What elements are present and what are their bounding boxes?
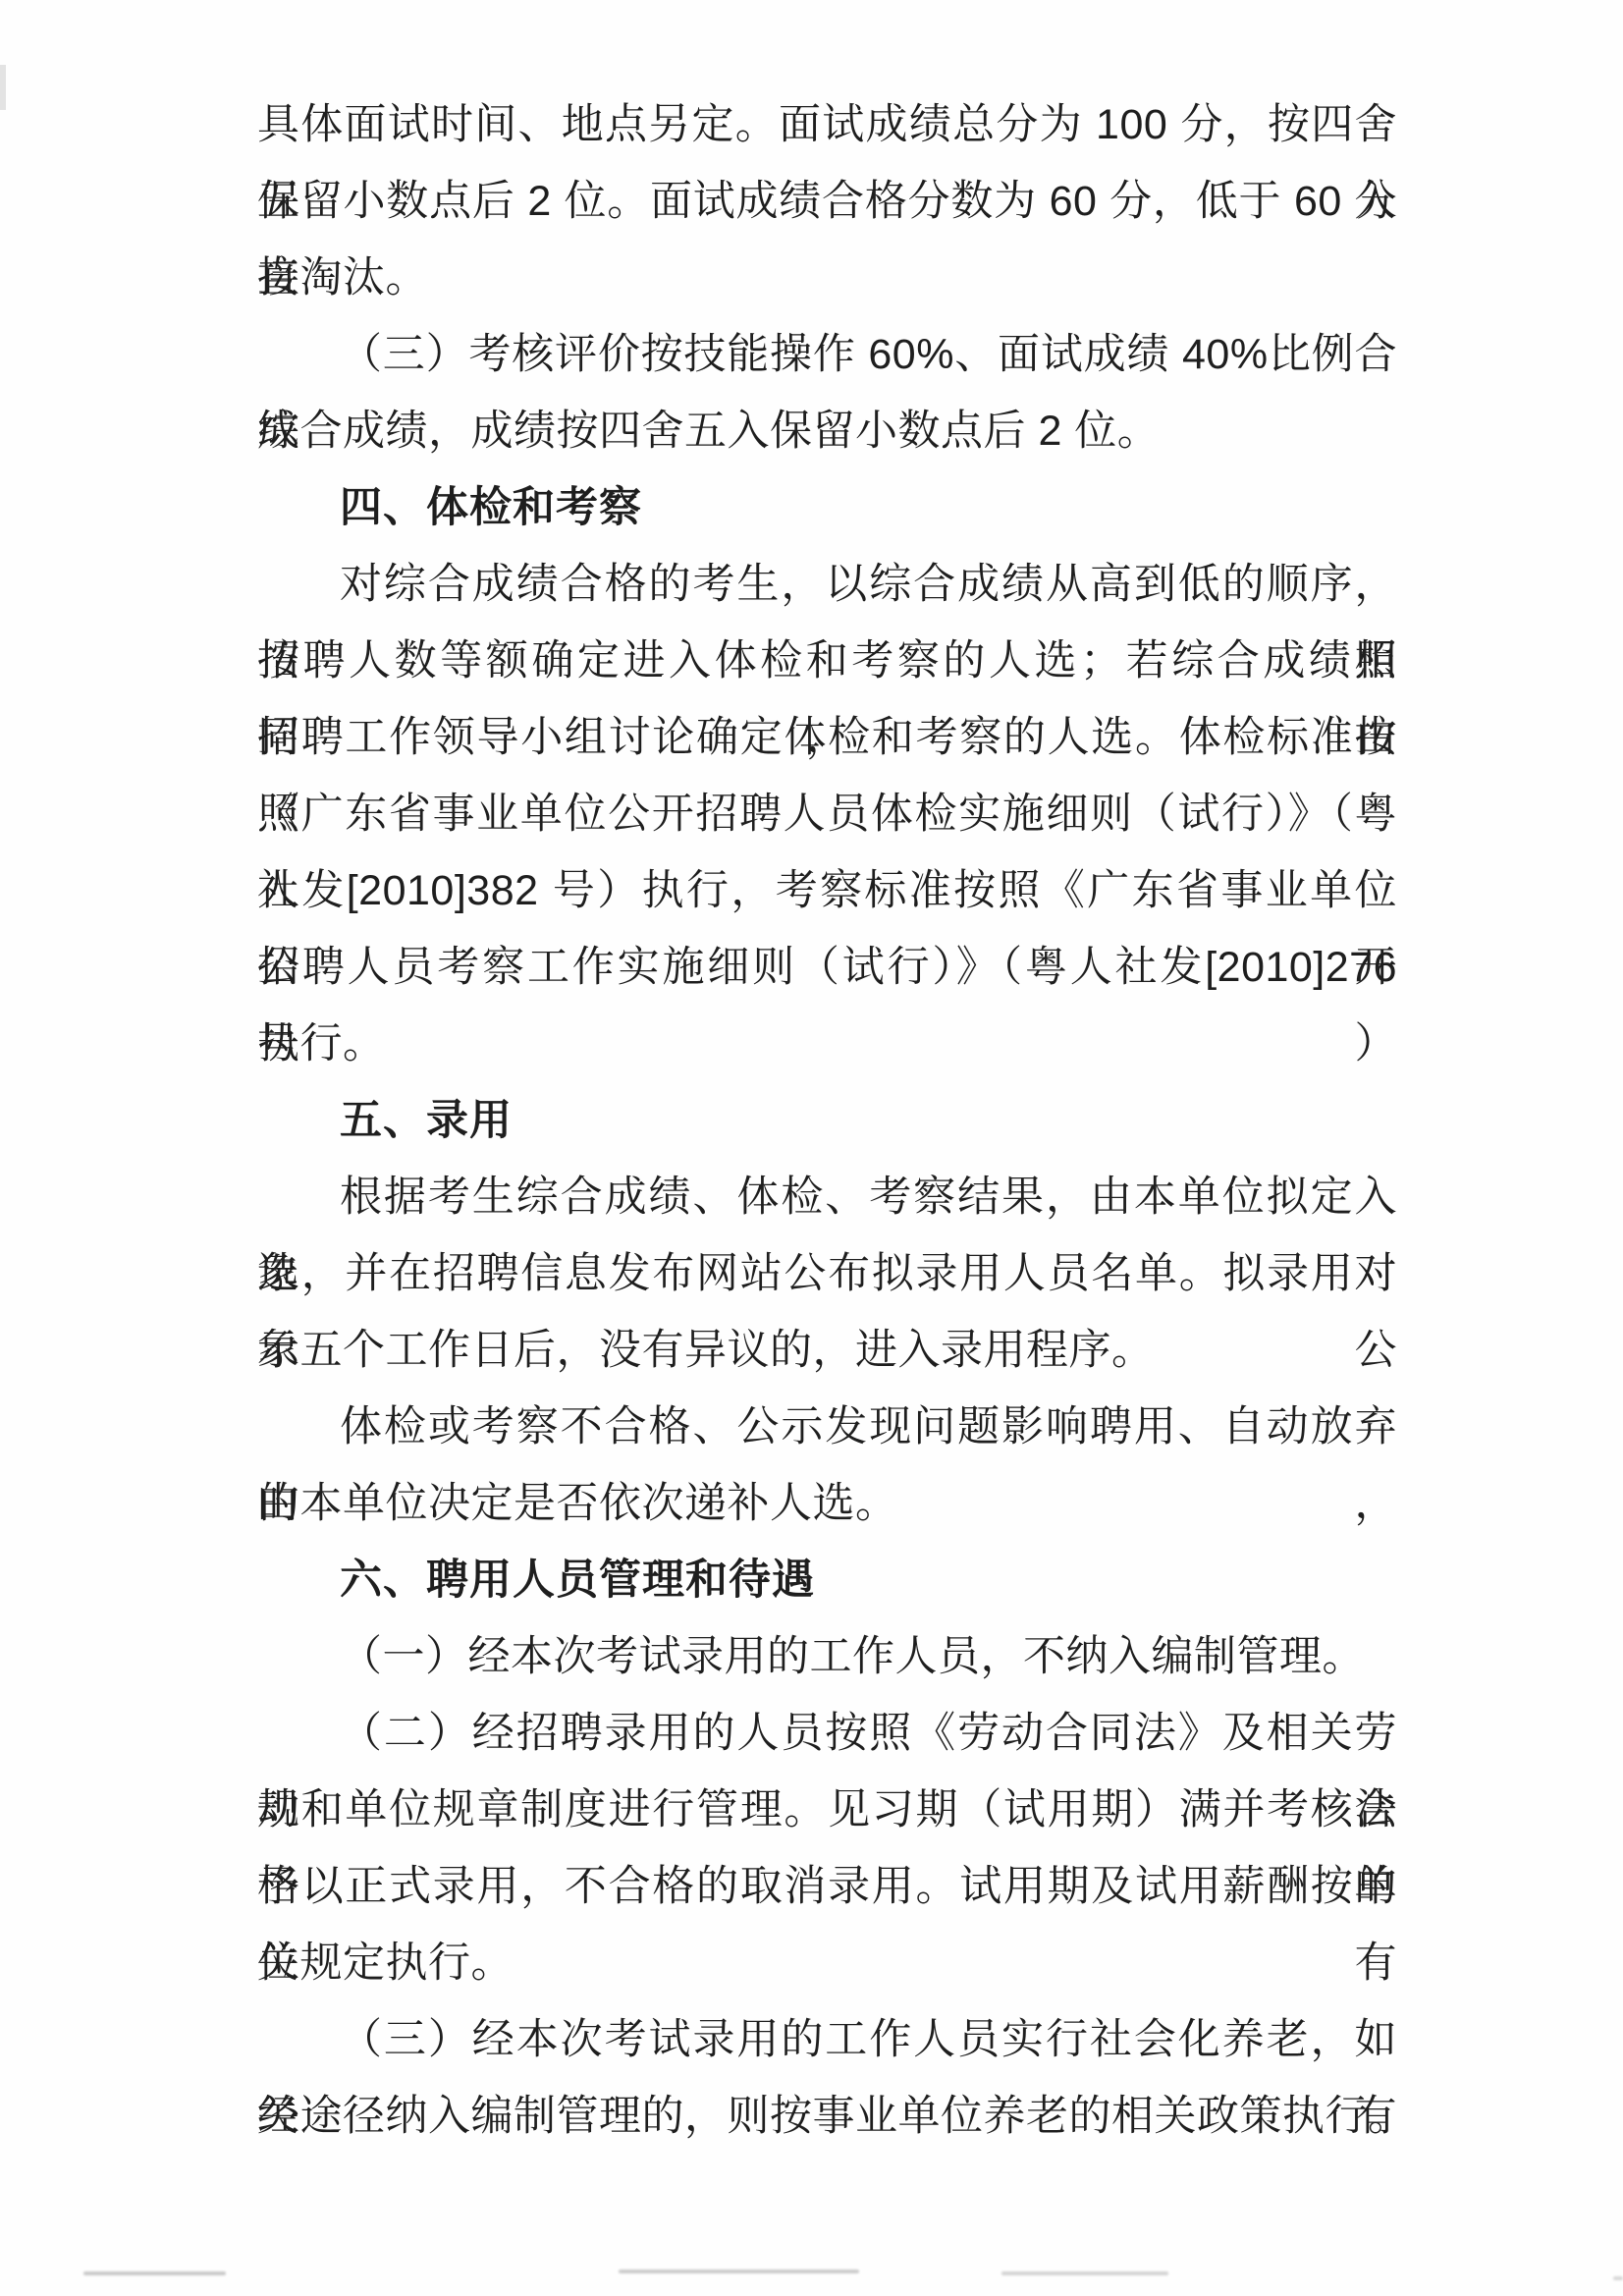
scan-smudge [1001,2271,1168,2275]
text-line: 保留小数点后 2 位。面试成绩合格分数为 60 分，低于 60 分直 [257,163,1397,240]
text-line: 体检或考察不合格、公示发现问题影响聘用、自动放弃的， [257,1389,1397,1465]
text-line: 予以正式录用，不合格的取消录用。试用期及试用薪酬按单位有 [257,1848,1397,1925]
text-line: 根据考生综合成绩、体检、考察结果，由本单位拟定入选对 [257,1159,1397,1235]
text-line: 对综合成绩合格的考生，以综合成绩从高到低的顺序，按照 [257,546,1397,623]
scan-smudge [619,2269,859,2273]
scan-smudge [1613,2276,1623,2280]
text-line: 具体面试时间、地点另定。面试成绩总分为 100 分，按四舍五入 [257,86,1397,163]
text-line: （三）考核评价按技能操作 60%、面试成绩 40%比例合成 [257,316,1397,393]
section-heading-4: 四、体检和考察 [257,469,1397,546]
text-line: 招聘人员考察工作实施细则（试行）》（粤人社发[2010]276 号） [257,929,1397,1006]
text-line: 规和单位规章制度进行管理。见习期（试用期）满并考核合格的 [257,1772,1397,1848]
section-heading-5: 五、录用 [257,1082,1397,1159]
text-line: 招聘人数等额确定进入体检和考察的人选；若综合成绩相同，由 [257,623,1397,699]
text-line: 《广东省事业单位公开招聘人员体检实施细则（试行）》（粤人 [257,776,1397,852]
document-page: 具体面试时间、地点另定。面试成绩总分为 100 分，按四舍五入 保留小数点后 2… [0,0,1623,2296]
text-line: 关途径纳入编制管理的，则按事业单位养老的相关政策执行。 [257,2078,1397,2155]
text-line: （三）经本次考试录用的工作人员实行社会化养老，如经有 [257,2001,1397,2078]
scan-edge-artifact [0,65,6,110]
text-line: 接淘汰。 [257,240,1397,316]
section-heading-6: 六、聘用人员管理和待遇 [257,1542,1397,1618]
text-line: （二）经招聘录用的人员按照《劳动合同法》及相关劳动法 [257,1695,1397,1772]
text-line: 综合成绩，成绩按四舍五入保留小数点后 2 位。 [257,393,1397,469]
text-line: 象，并在招聘信息发布网站公布拟录用人员名单。拟录用对象公 [257,1235,1397,1312]
document-body: 具体面试时间、地点另定。面试成绩总分为 100 分，按四舍五入 保留小数点后 2… [257,86,1397,2155]
text-line: 社发[2010]382 号）执行，考察标准按照《广东省事业单位公开 [257,852,1397,929]
text-line: 招聘工作领导小组讨论确定体检和考察的人选。体检标准按照 [257,699,1397,776]
scan-smudge [83,2271,226,2275]
text-line: （一）经本次考试录用的工作人员，不纳入编制管理。 [257,1618,1397,1695]
